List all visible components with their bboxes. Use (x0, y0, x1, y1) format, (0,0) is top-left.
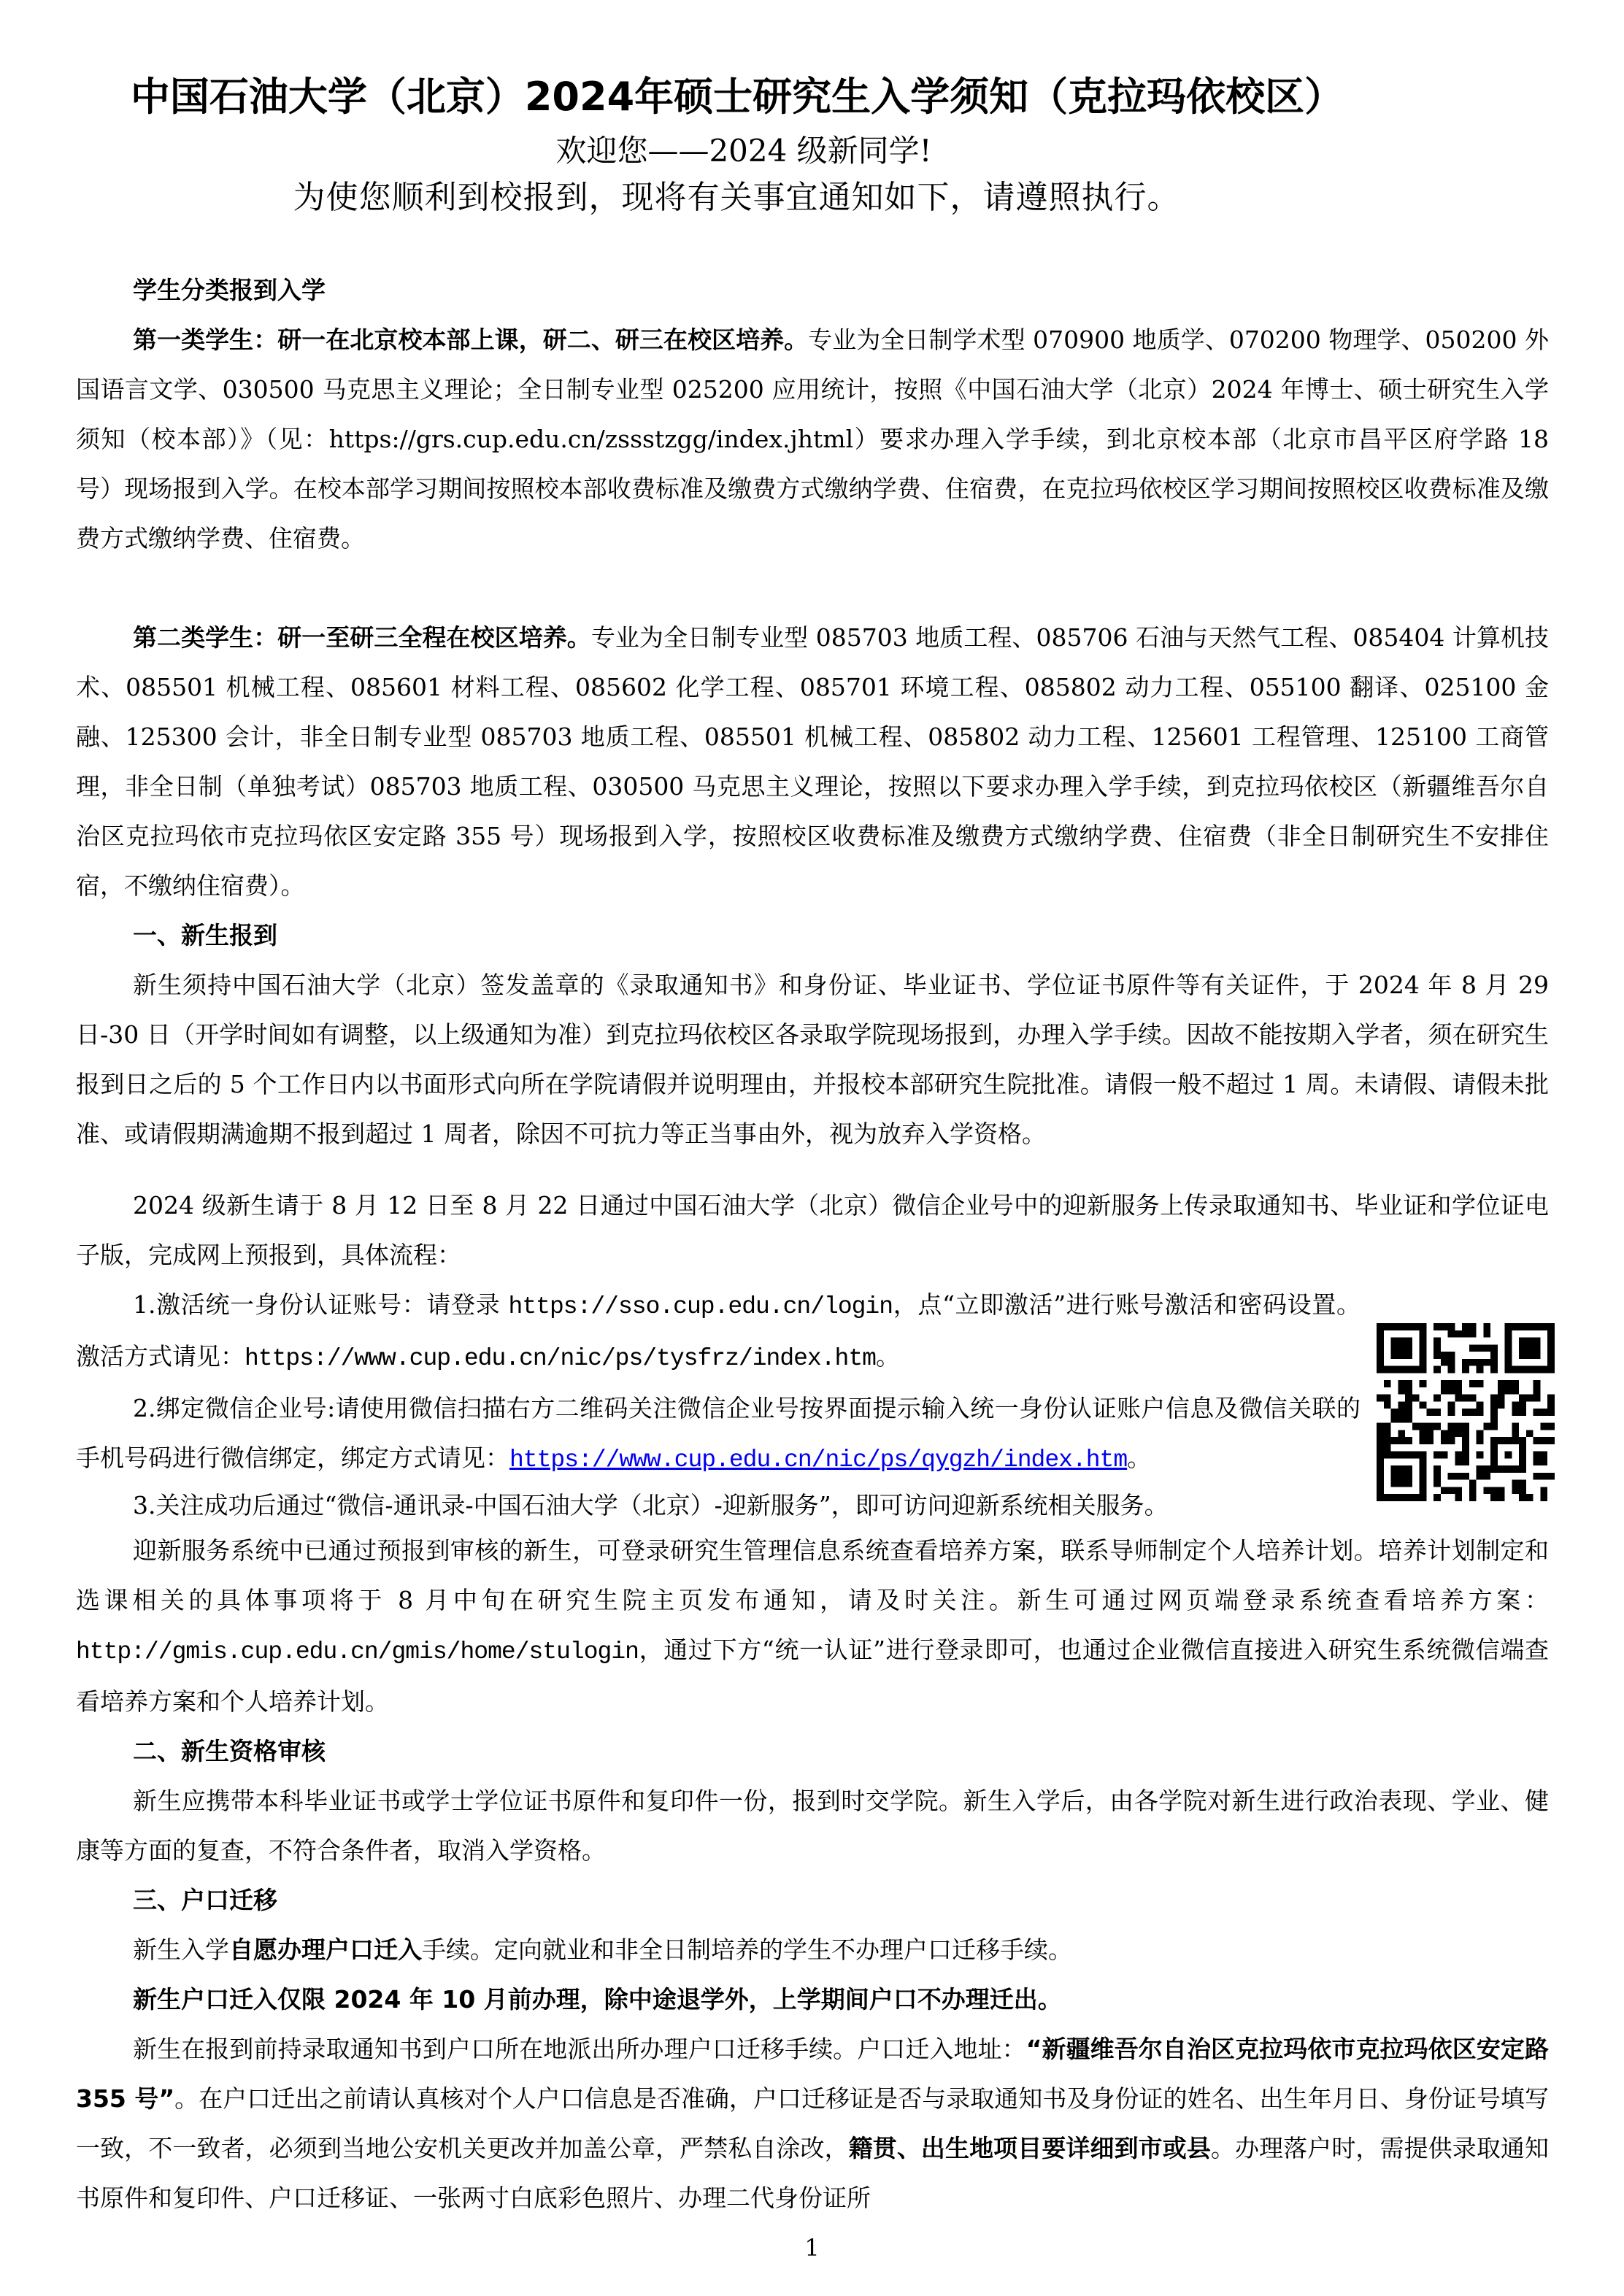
para1-prefix: 新生入学 (133, 1935, 229, 1964)
para1-bold: 自愿办理户口迁入 (229, 1935, 422, 1964)
para3-bold-birthplace: 籍贯、出生地项目要详细到市或县 (849, 2134, 1211, 2162)
step2-paragraph: 2.绑定微信企业号:请使用微信扫描右方二维码关注微信企业号按界面提示输入统一身份… (76, 1384, 1361, 1485)
section1-heading: 一、新生报到 (76, 911, 1549, 960)
document-title: 中国石油大学（北京）2024年硕士研究生入学须知（克拉玛依校区） (0, 72, 1489, 123)
category2-text: 专业为全日制专业型 085703 地质工程、085706 石油与天然气工程、08… (76, 623, 1549, 900)
para1-suffix: 手续。定向就业和非全日制培养的学生不办理户口迁移手续。 (422, 1935, 1072, 1964)
section3-paragraph1: 新生入学自愿办理户口迁入手续。定向就业和非全日制培养的学生不办理户口迁移手续。 (76, 1925, 1549, 1975)
classification-heading: 学生分类报到入学 (76, 266, 1549, 315)
wechat-binding-guide-link[interactable]: https://www.cup.edu.cn/nic/ps/qygzh/inde… (509, 1446, 1127, 1473)
page-number: 1 (0, 2233, 1624, 2262)
section3-paragraph2: 新生户口迁入仅限 2024 年 10 月前办理，除中途退学外，上学期间户口不办理… (76, 1975, 1549, 2025)
section1-paragraph1: 新生须持中国石油大学（北京）签发盖章的《录取通知书》和身份证、毕业证书、学位证书… (76, 960, 1549, 1159)
activation-guide-url: https://www.cup.edu.cn/nic/ps/tysfrz/ind… (245, 1345, 876, 1372)
gmis-login-url: http://gmis.cup.edu.cn/gmis/home/stulogi… (76, 1638, 639, 1665)
section3-paragraph3: 新生在报到前持录取通知书到户口所在地派出所办理户口迁移手续。户口迁入地址：“新疆… (76, 2025, 1549, 2223)
section1-paragraph2: 2024 级新生请于 8 月 12 日至 8 月 22 日通过中国石油大学（北京… (76, 1181, 1549, 1280)
section2-heading: 二、新生资格审核 (76, 1727, 1549, 1776)
paragraph3-prefix: 迎新服务系统中已通过预报到审核的新生，可登录研究生管理信息系统查看培养方案，联系… (76, 1536, 1549, 1614)
category2-lead: 第二类学生：研一至研三全程在校区培养。 (133, 623, 591, 652)
section2-paragraph1: 新生应携带本科毕业证书或学士学位证书原件和复印件一份，报到时交学院。新生入学后，… (76, 1776, 1549, 1876)
category1-paragraph: 第一类学生：研一在北京校本部上课，研二、研三在校区培养。专业为全日制学术型 07… (76, 315, 1549, 563)
category2-paragraph: 第二类学生：研一至研三全程在校区培养。专业为全日制专业型 085703 地质工程… (76, 613, 1549, 911)
category1-text: 专业为全日制学术型 070900 地质学、070200 物理学、050200 外… (76, 325, 1549, 552)
spacer (76, 563, 1549, 613)
category1-lead: 第一类学生：研一在北京校本部上课，研二、研三在校区培养。 (133, 325, 808, 354)
step1-paragraph: 1.激活统一身份认证账号：请登录 https://sso.cup.edu.cn/… (76, 1280, 1361, 1384)
document-body: 学生分类报到入学 第一类学生：研一在北京校本部上课，研二、研三在校区培养。专业为… (76, 266, 1549, 2223)
wechat-qr-code-icon (1377, 1322, 1555, 1502)
sso-login-url: https://sso.cup.edu.cn/login (509, 1293, 893, 1320)
step3-paragraph: 3.关注成功后通过“微信-通讯录-中国石油大学（北京）-迎新服务”，即可访问迎新… (76, 1485, 1549, 1526)
para3-prefix: 新生在报到前持录取通知书到户口所在地派出所办理户口迁移手续。户口迁入地址： (133, 2035, 1026, 2063)
intro-line: 为使您顺利到校报到，现将有关事宜通知如下，请遵照执行。 (0, 175, 1473, 220)
welcome-line: 欢迎您——2024 级新同学! (0, 130, 1473, 172)
section3-heading: 三、户口迁移 (76, 1876, 1549, 1925)
step2-suffix: 。 (1127, 1444, 1151, 1472)
qr-code-graphic (1377, 1322, 1555, 1502)
spacer (76, 1159, 1549, 1181)
step1-suffix: 。 (876, 1342, 900, 1371)
step1-prefix: 1.激活统一身份认证账号：请登录 (133, 1290, 509, 1319)
section1-paragraph3: 迎新服务系统中已通过预报到审核的新生，可登录研究生管理信息系统查看培养方案，联系… (76, 1526, 1549, 1727)
